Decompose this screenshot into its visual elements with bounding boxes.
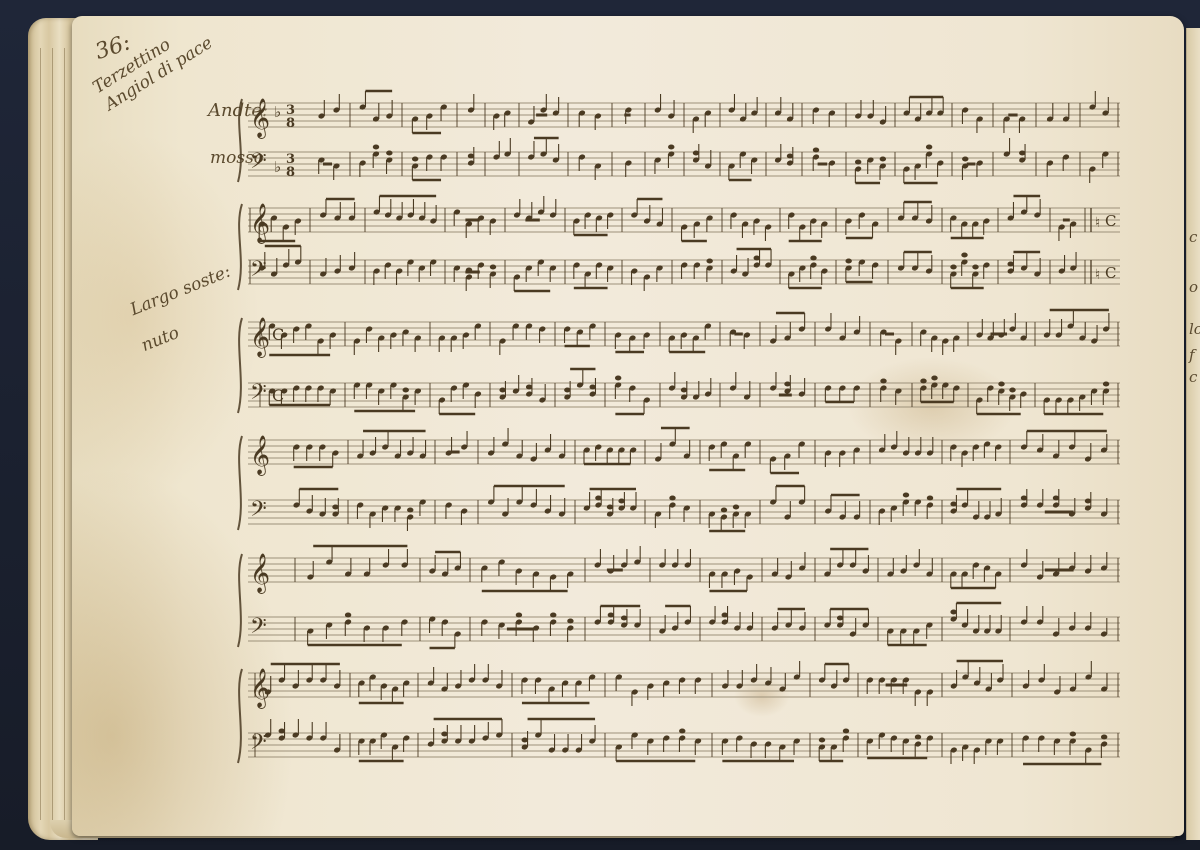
chord-note-head (855, 160, 861, 165)
key-signature-flat: ♭ (274, 158, 281, 176)
chord-note-head (693, 151, 699, 156)
chord-note-head (386, 151, 392, 156)
chord-note-head (373, 145, 379, 150)
chord-note-head (1070, 732, 1076, 737)
chord-note-head (813, 148, 819, 153)
chord-note-head (490, 265, 496, 270)
chord-note-head (1103, 382, 1109, 387)
chord-note-head (950, 265, 956, 270)
chord-note-head (843, 729, 849, 734)
chord-note-head (962, 157, 968, 162)
chord-note-head (926, 145, 932, 150)
chord-note-head (880, 157, 886, 162)
chord-note-head (615, 376, 621, 381)
bass-clef: 𝄢 (250, 257, 267, 287)
chord-note-head (706, 259, 712, 264)
chord-note-head (595, 496, 601, 501)
treble-clef: 𝄞 (250, 435, 270, 476)
chord-note-head (468, 154, 474, 159)
chord-note-head (1021, 496, 1027, 501)
chord-note-head (526, 385, 532, 390)
chord-note-head (607, 505, 613, 510)
chord-note-head (810, 256, 816, 261)
chord-note-head (589, 385, 595, 390)
system-brace (238, 669, 242, 763)
chord-note-head (837, 616, 843, 621)
bass-clef: 𝄢 (250, 149, 267, 179)
treble-clef: 𝄞 (250, 98, 270, 139)
natural-sign: ♮ (1095, 215, 1100, 231)
chord-note-head (669, 496, 675, 501)
chord-note-head (927, 496, 933, 501)
chord-note-head (1053, 496, 1059, 501)
key-signature-flat: ♭ (274, 103, 281, 121)
chord-note-head (880, 379, 886, 384)
system-brace (238, 99, 242, 182)
chord-note-head (1007, 262, 1013, 267)
chord-note-head (998, 382, 1004, 387)
chord-note-head (499, 388, 505, 393)
chord-note-head (787, 154, 793, 159)
chord-note-head (931, 376, 937, 381)
system-brace (238, 318, 242, 413)
chord-note-head (733, 505, 739, 510)
chord-note-head (1101, 735, 1107, 740)
chord-note-head (1019, 151, 1025, 156)
time-signature-bottom: 8 (286, 165, 295, 180)
natural-sign: ♮ (1095, 267, 1100, 283)
chord-note-head (345, 613, 351, 618)
treble-clef: 𝄞 (250, 553, 270, 594)
chord-note-head (1009, 388, 1015, 393)
chord-note-head (819, 738, 825, 743)
chord-note-head (845, 259, 851, 264)
chord-note-head (961, 253, 967, 258)
chord-note-head (950, 610, 956, 615)
chord-note-head (279, 729, 285, 734)
chord-note-head (516, 613, 522, 618)
chord-note-head (550, 613, 556, 618)
chord-note-head (668, 145, 674, 150)
chord-note-head (1085, 499, 1091, 504)
chord-note-head (681, 388, 687, 393)
chord-note-head (915, 735, 921, 740)
chord-note-head (608, 613, 614, 618)
chord-note-head (407, 508, 413, 513)
system-brace (238, 204, 242, 290)
chord-note-head (332, 505, 338, 510)
chord-note-head (722, 613, 728, 618)
chord-note-head (618, 499, 624, 504)
chord-note-head (621, 616, 627, 621)
bass-clef: 𝄢 (250, 497, 267, 527)
chord-note-head (441, 732, 447, 737)
chord-note-head (567, 619, 573, 624)
chord-note-head (403, 388, 409, 393)
chord-note-head (679, 729, 685, 734)
time-signature-bottom: 8 (286, 116, 295, 131)
bass-clef: 𝄢 (250, 380, 267, 410)
chord-note-head (920, 379, 926, 384)
music-notation: 𝄞♭38𝄢♭38𝄞♮C𝄢♮C𝄞C𝄢C𝄞𝄢𝄞𝄢𝄞𝄢 (0, 0, 1200, 850)
chord-note-head (972, 265, 978, 270)
chord-note-head (784, 382, 790, 387)
bass-clef: 𝄢 (250, 614, 267, 644)
system-brace (238, 436, 242, 530)
common-time: C (1105, 264, 1116, 282)
system-brace (238, 554, 242, 647)
chord-note-head (522, 738, 528, 743)
chord-note-head (412, 157, 418, 162)
treble-clef: 𝄞 (250, 668, 270, 709)
chord-note-head (564, 388, 570, 393)
chord-note-head (903, 493, 909, 498)
common-time: C (1105, 212, 1116, 230)
chord-note-head (721, 508, 727, 513)
chord-note-head (950, 502, 956, 507)
chord-note-head (754, 256, 760, 261)
bass-clef: 𝄢 (250, 730, 267, 760)
